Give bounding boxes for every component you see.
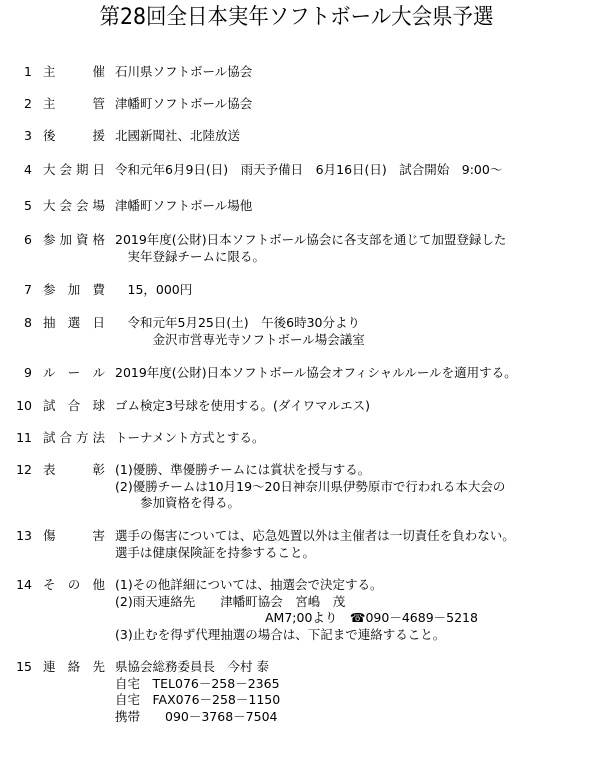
item-number: 7 (14, 282, 36, 299)
item-label-char: の (68, 577, 81, 594)
item-label: ルール (43, 365, 105, 382)
item-label: 参加費 (43, 282, 105, 299)
item-value: 2019年度(公財)日本ソフトボール協会オフィシャルルールを適用する。 (115, 365, 517, 382)
item-label-char: ル (92, 365, 105, 382)
item-value-line: 令和元年5月25日(土) 午後6時30分より (115, 315, 365, 332)
item-label-char: 傷 (43, 528, 56, 545)
item-value-line: 参加資格を得る。 (115, 495, 505, 512)
item-value-line: (3)止むを得ず代理抽選の場合は、下記まで連絡すること。 (115, 627, 478, 644)
item-label-char: 会 (76, 198, 89, 215)
item-number: 8 (14, 315, 36, 332)
item-label-char: 合 (68, 398, 81, 415)
item-label-char: 方 (76, 430, 89, 447)
item-value-line: 津幡町ソフトボール協会 (115, 96, 252, 113)
item-value-line: トーナメント方式とする。 (115, 430, 265, 447)
item-label-char: ル (43, 365, 56, 382)
item-value: 県協会総務委員長 今村 泰自宅 TEL076－258－2365自宅 FAX076… (115, 659, 280, 725)
item-value: 2019年度(公財)日本ソフトボール協会に各支部を通じて加盟登録した 実年登録チ… (115, 232, 506, 265)
item-number: 9 (14, 365, 36, 382)
item-label-char: 資 (76, 232, 89, 249)
item-value-line: 実年登録チームに限る。 (115, 249, 506, 266)
item-number: 11 (14, 430, 36, 447)
item-value-line: 選手の傷害については、応急処置以外は主催者は一切責任を負わない。 (115, 528, 515, 545)
item-number: 5 (14, 198, 36, 215)
item-label-char: 連 (43, 659, 56, 676)
item-value: 令和元年6月9日(日) 雨天予備日 6月16日(日) 試合開始 9:00～ (115, 162, 502, 179)
item-label-char: 参 (43, 232, 56, 249)
item-value-line: 自宅 FAX076－258－1150 (115, 692, 280, 709)
item-label-char: 絡 (68, 659, 81, 676)
item-label-char: 加 (59, 232, 72, 249)
item-label-char: 表 (43, 462, 56, 479)
item-value: 北國新聞社、北陸放送 (115, 128, 240, 145)
item-label-char: 場 (92, 198, 105, 215)
item-label-char: 参 (43, 282, 56, 299)
item-value-line: AM7;00より ☎090－4689－5218 (115, 610, 478, 627)
item-value-line: (2)優勝チームは10月19～20日神奈川県伊勢原市で行われる本大会の (115, 479, 505, 496)
item-value: 石川県ソフトボール協会 (115, 64, 252, 81)
page-title: 第28回全日本実年ソフトボール大会県予選 (18, 4, 576, 32)
item-number: 12 (14, 462, 36, 479)
item-label: その他 (43, 577, 105, 594)
item-label: 連絡先 (43, 659, 105, 676)
item-label-char: 大 (43, 162, 56, 179)
item-number: 10 (14, 398, 36, 415)
item-label-char: ー (68, 365, 81, 382)
item-value-line: 15，000円 (115, 282, 192, 299)
item-label: 試合球 (43, 398, 105, 415)
item-label-char: 主 (43, 64, 56, 81)
item-label-char: 大 (43, 198, 56, 215)
item-number: 14 (14, 577, 36, 594)
item-value-line: 携帯 090－3768－7504 (115, 709, 280, 726)
item-label-char: 試 (43, 430, 56, 447)
item-number: 13 (14, 528, 36, 545)
item-value-line: 2019年度(公財)日本ソフトボール協会オフィシャルルールを適用する。 (115, 365, 517, 382)
item-label-char: 合 (59, 430, 72, 447)
item-value: (1)その他詳細については、抽選会で決定する。(2)雨天連絡先 津幡町協会 宮嶋… (115, 577, 478, 643)
item-label: 表彰 (43, 462, 105, 479)
item-label-char: 抽 (43, 315, 56, 332)
item-label: 抽選日 (43, 315, 105, 332)
item-label: 試合方法 (43, 430, 105, 447)
item-label-char: 選 (68, 315, 81, 332)
item-label: 参加資格 (43, 232, 105, 249)
item-label-char: 試 (43, 398, 56, 415)
item-value: 令和元年5月25日(土) 午後6時30分より 金沢市営専光寺ソフトボール場会議室 (115, 315, 365, 348)
item-value: 津幡町ソフトボール場他 (115, 198, 252, 215)
item-label-char: 加 (68, 282, 81, 299)
item-value-line: 選手は健康保険証を持参すること。 (115, 545, 515, 562)
item-value-line: (1)優勝、準優勝チームには賞状を授与する。 (115, 462, 505, 479)
item-label-char: 法 (92, 430, 105, 447)
item-label-char: そ (43, 577, 56, 594)
item-number: 3 (14, 128, 36, 145)
item-value-line: 自宅 TEL076－258－2365 (115, 676, 280, 693)
item-label: 傷害 (43, 528, 105, 545)
item-value: 選手の傷害については、応急処置以外は主催者は一切責任を負わない。選手は健康保険証… (115, 528, 515, 561)
item-value-line: (2)雨天連絡先 津幡町協会 宮嶋 茂 (115, 594, 478, 611)
item-label-char: 期 (76, 162, 89, 179)
item-number: 6 (14, 232, 36, 249)
item-label-char: 日 (92, 162, 105, 179)
item-label: 後援 (43, 128, 105, 145)
item-value-line: 2019年度(公財)日本ソフトボール協会に各支部を通じて加盟登録した (115, 232, 506, 249)
item-value: トーナメント方式とする。 (115, 430, 265, 447)
item-label-char: 主 (43, 96, 56, 113)
item-label-char: 後 (43, 128, 56, 145)
item-label-char: 催 (92, 64, 105, 81)
item-label: 大会期日 (43, 162, 105, 179)
item-number: 2 (14, 96, 36, 113)
item-value: 津幡町ソフトボール協会 (115, 96, 252, 113)
item-label: 主管 (43, 96, 105, 113)
item-value-line: 県協会総務委員長 今村 泰 (115, 659, 280, 676)
item-value: 15，000円 (115, 282, 192, 299)
item-value-line: ゴム検定3号球を使用する。(ダイワマルエス) (115, 398, 370, 415)
item-label-char: 費 (92, 282, 105, 299)
item-value-line: 金沢市営専光寺ソフトボール場会議室 (115, 332, 365, 349)
item-number: 4 (14, 162, 36, 179)
item-label-char: 会 (59, 198, 72, 215)
item-value-line: 石川県ソフトボール協会 (115, 64, 252, 81)
item-label-char: 彰 (92, 462, 105, 479)
item-value-line: 北國新聞社、北陸放送 (115, 128, 240, 145)
item-label-char: 害 (92, 528, 105, 545)
item-number: 1 (14, 64, 36, 81)
item-value-line: 令和元年6月9日(日) 雨天予備日 6月16日(日) 試合開始 9:00～ (115, 162, 502, 179)
item-label: 主催 (43, 64, 105, 81)
item-label-char: 球 (92, 398, 105, 415)
item-label: 大会会場 (43, 198, 105, 215)
item-number: 15 (14, 659, 36, 676)
item-value: (1)優勝、準優勝チームには賞状を授与する。(2)優勝チームは10月19～20日… (115, 462, 505, 512)
item-value-line: (1)その他詳細については、抽選会で決定する。 (115, 577, 478, 594)
item-label-char: 格 (92, 232, 105, 249)
item-value: ゴム検定3号球を使用する。(ダイワマルエス) (115, 398, 370, 415)
item-label-char: 管 (92, 96, 105, 113)
item-label-char: 日 (92, 315, 105, 332)
item-label-char: 援 (92, 128, 105, 145)
item-label-char: 他 (92, 577, 105, 594)
item-label-char: 先 (92, 659, 105, 676)
item-value-line: 津幡町ソフトボール場他 (115, 198, 252, 215)
item-label-char: 会 (59, 162, 72, 179)
